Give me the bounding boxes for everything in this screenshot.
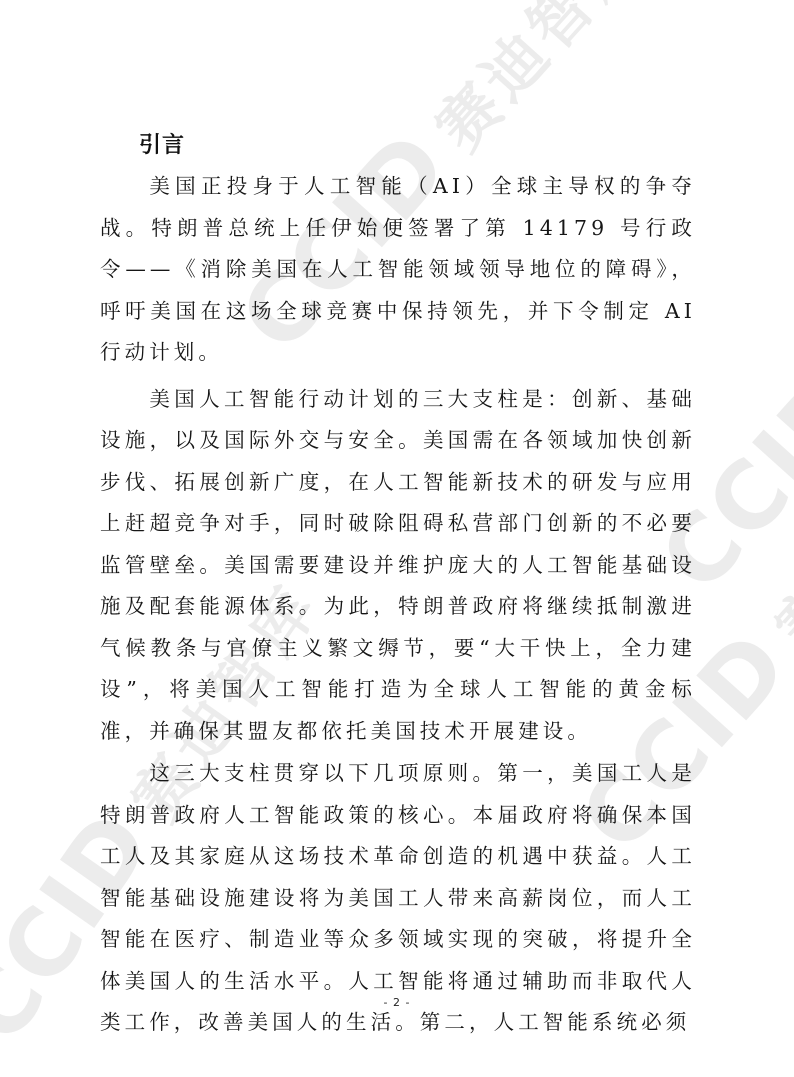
body-text: 美国正投身于人工智能（AI）全球主导权的争夺战。特朗普总统上任伊始便签署了第 1… — [100, 166, 696, 1045]
paragraph-2: 美国人工智能行动计划的三大支柱是：创新、基础设施，以及国际外交与安全。美国需在各… — [100, 379, 696, 753]
document-page: 引言 美国正投身于人工智能（AI）全球主导权的争夺战。特朗普总统上任伊始便签署了… — [0, 0, 794, 1077]
paragraph-1: 美国正投身于人工智能（AI）全球主导权的争夺战。特朗普总统上任伊始便签署了第 1… — [100, 166, 696, 374]
page-number: - 2 - — [0, 996, 794, 1009]
section-heading: 引言 — [139, 128, 185, 159]
